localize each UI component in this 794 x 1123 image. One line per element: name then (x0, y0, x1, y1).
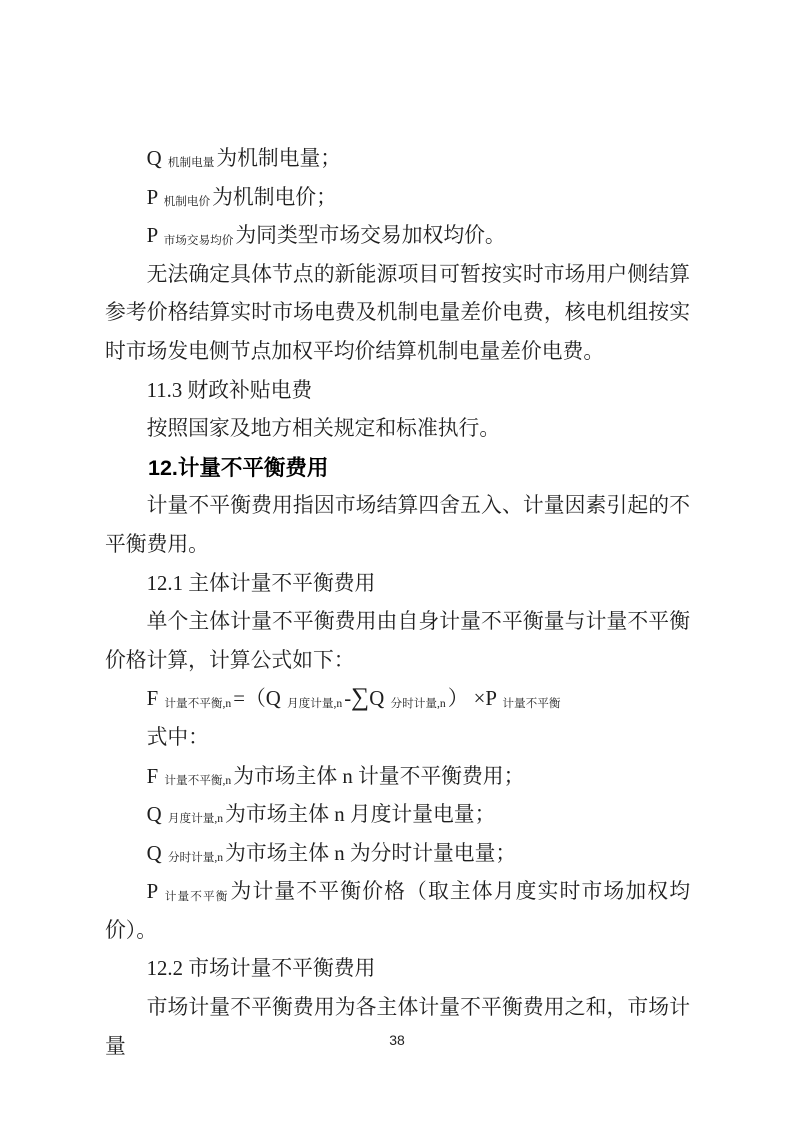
text-run: 式中： (147, 726, 209, 749)
summation-symbol: ∑ (351, 683, 369, 711)
text-run: P (147, 224, 163, 247)
subscript-run: 分时计量,n (168, 851, 223, 864)
text-run: F (147, 687, 164, 710)
text-run: 12.1 主体计量不平衡费用 (147, 572, 376, 595)
document-page: Q 机制电量为机制电量；P 机制电价为机制电价；P 市场交易均价为同类型市场交易… (0, 0, 794, 1123)
text-run: 为市场主体 n 计量不平衡费用； (233, 765, 524, 788)
heading-12-metering-imbalance-fee: 12.计量不平衡费用 (105, 449, 690, 488)
text-run: Q (369, 687, 389, 710)
subscript-run: 分时计量,n (390, 697, 445, 710)
def-p-market-trade-avg-price: P 市场交易均价为同类型市场交易加权均价。 (105, 217, 690, 256)
subscript-run: 计量不平衡 (165, 890, 229, 903)
para-where: 式中： (105, 719, 690, 758)
subscript-run: 月度计量,n (168, 812, 223, 825)
text-run: 为机制电价； (212, 186, 337, 209)
subscript-run: 计量不平衡,n (164, 774, 231, 787)
page-number: 38 (389, 1032, 405, 1048)
text-run: Q (147, 147, 167, 170)
text-run: 计量不平衡费用指因市场结算四舍五入、计量因素引起的不平衡费用。 (105, 494, 690, 556)
text-run: 12.计量不平衡费用 (148, 456, 328, 480)
text-run: 12.2 市场计量不平衡费用 (147, 957, 376, 980)
subscript-run: 计量不平衡 (502, 697, 560, 710)
text-run: F (147, 765, 164, 788)
para-market-imbalance-sum: 市场计量不平衡费用为各主体计量不平衡费用之和，市场计量 (105, 989, 690, 1066)
def-f-imbalance-n: F 计量不平衡,n为市场主体 n 计量不平衡费用； (105, 758, 690, 797)
text-run: Q (147, 803, 167, 826)
subscript-run: 月度计量,n (287, 697, 342, 710)
heading-11-3-fiscal-subsidy: 11.3 财政补贴电费 (105, 372, 690, 411)
page-footer: 38 (0, 1032, 794, 1050)
text-run: 11.3 财政补贴电费 (147, 379, 313, 402)
text-run: 按照国家及地方相关规定和标准执行。 (147, 417, 501, 440)
text-run: P (147, 880, 164, 903)
def-q-monthly-metering-n: Q 月度计量,n为市场主体 n 月度计量电量； (105, 796, 690, 835)
text-run: P (147, 186, 163, 209)
def-p-mechanism-price: P 机制电价为机制电价； (105, 179, 690, 218)
subscript-run: 市场交易均价 (164, 234, 234, 247)
formula-metering-imbalance: F 计量不平衡,n=（Q 月度计量,n-∑Q 分时计量,n） ×P 计量不平衡 (105, 680, 690, 719)
document-body: Q 机制电量为机制电量；P 机制电价为机制电价；P 市场交易均价为同类型市场交易… (105, 140, 690, 1066)
para-imbalance-definition: 计量不平衡费用指因市场结算四舍五入、计量因素引起的不平衡费用。 (105, 487, 690, 564)
text-run: Q (147, 842, 167, 865)
para-single-subject-calc: 单个主体计量不平衡费用由自身计量不平衡量与计量不平衡价格计算，计算公式如下： (105, 603, 690, 680)
text-run: =（Q (233, 687, 286, 710)
text-run: 为机制电量； (216, 147, 341, 170)
para-subsidy-standard: 按照国家及地方相关规定和标准执行。 (105, 410, 690, 449)
heading-12-2-market-imbalance-fee: 12.2 市场计量不平衡费用 (105, 950, 690, 989)
text-run: 无法确定具体节点的新能源项目可暂按实时市场用户侧结算参考价格结算实时市场电费及机… (105, 263, 690, 363)
subscript-run: 机制电量 (168, 156, 215, 169)
heading-12-1-subject-imbalance-fee: 12.1 主体计量不平衡费用 (105, 565, 690, 604)
def-p-imbalance-price: P 计量不平衡为计量不平衡价格（取主体月度实时市场加权均价）。 (105, 873, 690, 950)
para-new-energy-node-settlement: 无法确定具体节点的新能源项目可暂按实时市场用户侧结算参考价格结算实时市场电费及机… (105, 256, 690, 372)
text-run: ） ×P (448, 687, 502, 710)
text-run: 为市场主体 n 为分时计量电量； (225, 842, 516, 865)
subscript-run: 机制电价 (164, 195, 211, 208)
text-run: 为同类型市场交易加权均价。 (235, 224, 505, 247)
subscript-run: 计量不平衡,n (164, 697, 231, 710)
def-q-mechanism-energy: Q 机制电量为机制电量； (105, 140, 690, 179)
text-run: 单个主体计量不平衡费用由自身计量不平衡量与计量不平衡价格计算，计算公式如下： (105, 610, 690, 672)
def-q-hourly-metering-n: Q 分时计量,n为市场主体 n 为分时计量电量； (105, 835, 690, 874)
text-run: 为市场主体 n 月度计量电量； (225, 803, 495, 826)
